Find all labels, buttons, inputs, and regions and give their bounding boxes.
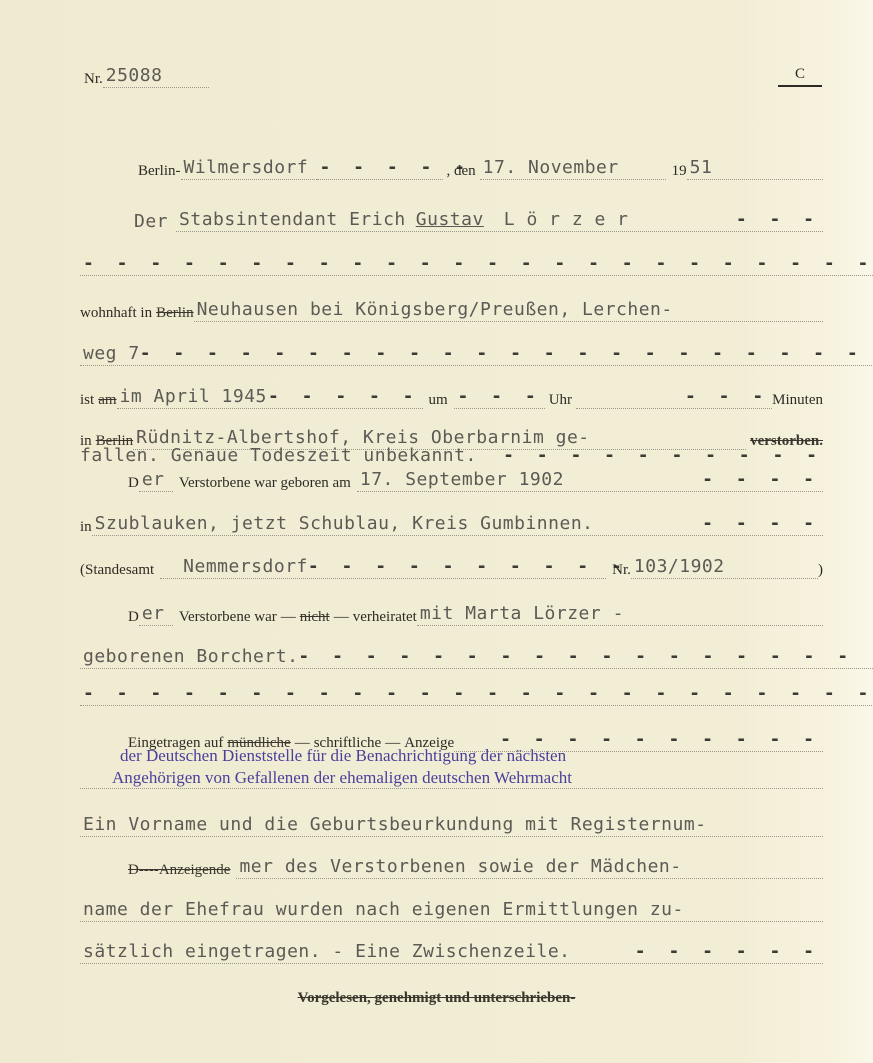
marriage-label: Verstorbene war (179, 609, 277, 626)
dash-filler: - - - - - - - - - - - - - - - - - - - - … (80, 253, 873, 276)
registry-field: Nemmersdorf - - - - - - - - - - (160, 556, 606, 579)
birth-label: Verstorbene war geboren am (179, 475, 351, 492)
residence-row-2: weg 7 - - - - - - - - - - - - - - - - - … (80, 340, 823, 366)
birth-place-dashes: - - - - (702, 513, 820, 534)
spouse-dashes: - - - - - - - - - - - - - - - - - - (298, 646, 873, 667)
minuten-label: Minuten (772, 392, 823, 409)
death-when-dashes: - - - - - (268, 386, 420, 407)
death-time-row: ist am im April 1945 - - - - - um - - - … (80, 383, 823, 409)
subject-title-name: Stabsintendant Erich (179, 209, 406, 230)
dash-filler-2: - - - - - - - - - - - - - - - - - - - - … (80, 683, 873, 706)
registry-number: 103/1902 (631, 556, 818, 579)
marriage-article-suffix: er (139, 603, 173, 626)
spouse-row-2: geborenen Borchert. - - - - - - - - - - … (80, 643, 823, 669)
ist-label: ist (80, 392, 94, 409)
year-suffix: 51 (687, 157, 823, 180)
dash-line-2: - - - - - - - - - - - - - - - - - - - - … (80, 680, 823, 706)
residence-value: Neuhausen bei Königsberg/Preußen, Lerche… (194, 299, 823, 322)
place-dashes: - - - - - (317, 157, 443, 180)
residence-field-2: weg 7 - - - - - - - - - - - - - - - - - … (80, 343, 873, 366)
year-prefix: 19 (672, 163, 687, 180)
subject-article: Der (134, 211, 168, 232)
subject-name-field: Stabsintendant Erich Gustav L ö r z e r … (176, 209, 823, 232)
birth-place: Szublauken, jetzt Schublau, Kreis Gumbin… (95, 513, 594, 534)
stamp-underline (80, 788, 823, 789)
nicht-struck: nicht (300, 609, 330, 626)
death-minutes: - - - (576, 386, 772, 409)
notes-row-2: D---- Anzeigende mer des Verstorbenen so… (128, 853, 823, 879)
registry-label: (Standesamt (80, 562, 154, 579)
subject-middle-name: Gustav (416, 209, 484, 230)
closing-struck: Vorgelesen, genehmigt und unterschrieben… (0, 990, 873, 1007)
death-continuation-dashes: - - - - - - - - - - (503, 445, 823, 466)
birth-date-row: D er Verstorbene war geboren am 17. Sept… (128, 466, 823, 492)
registry-close: ) (818, 562, 823, 579)
birth-in-label: in (80, 519, 92, 536)
spouse-maiden: geborenen Borchert. (83, 646, 298, 667)
spouse-field-2: geborenen Borchert. - - - - - - - - - - … (80, 646, 873, 669)
anzeigende-struck: Anzeigende (159, 862, 231, 879)
date-value: 17. November (480, 157, 666, 180)
authority-stamp-line-2: Angehörigen von Gefallenen der ehemalige… (112, 768, 572, 788)
subject-surname: L ö r z e r (504, 209, 629, 230)
marriage-prefix: D (128, 609, 139, 626)
notes-field-4: sätzlich eingetragen. - Eine Zwischenzei… (80, 941, 823, 964)
place-value: Wilmersdorf (181, 157, 317, 180)
death-continuation-row: fallen. Genaue Todeszeit unbekannt. - - … (80, 440, 823, 466)
record-number: 25088 (103, 65, 209, 88)
form-code: C (778, 66, 822, 87)
registry-row: (Standesamt Nemmersdorf - - - - - - - - … (80, 553, 823, 579)
residence-row: wohnhaft in Berlin Neuhausen bei Königsb… (80, 296, 823, 322)
notes-row-4: sätzlich eingetragen. - Eine Zwischenzei… (80, 938, 823, 964)
birth-date-dashes: - - - - (702, 469, 820, 490)
notes-dashes: - - - - - - (635, 941, 820, 962)
birth-place-row: in Szublauken, jetzt Schublau, Kreis Gum… (80, 510, 823, 536)
authority-stamp-line-1: der Deutschen Dienststelle für die Benac… (120, 746, 566, 766)
place-prefix: Berlin- (138, 163, 181, 180)
am-struck: am (98, 392, 116, 409)
notes-line-2: mer des Verstorbenen sowie der Mädchen- (236, 856, 823, 879)
den-label: , den (447, 163, 476, 180)
place-date-row: Berlin- Wilmersdorf - - - - - , den 17. … (138, 154, 823, 180)
death-when-field: im April 1945 - - - - - (117, 386, 423, 409)
death-hour: - - - (454, 386, 545, 409)
birth-date: 17. September 1902 (360, 469, 564, 490)
uhr-label: Uhr (549, 392, 572, 409)
subject-row: Der Stabsintendant Erich Gustav L ö r z … (134, 206, 823, 232)
dash-line-1: - - - - - - - - - - - - - - - - - - - - … (80, 250, 823, 276)
notes-row-3: name der Ehefrau wurden nach eigenen Erm… (80, 896, 823, 922)
residence-label: wohnhaft in (80, 305, 152, 322)
registry-office: Nemmersdorf (183, 556, 308, 577)
spouse: mit Marta Lörzer - (417, 603, 823, 626)
death-when: im April 1945 (120, 386, 267, 407)
birth-article-suffix: er (139, 469, 173, 492)
um-label: um (429, 392, 448, 409)
registry-nr-label: Nr. (612, 562, 631, 579)
marriage-dash-1: — (281, 609, 296, 626)
birth-place-field: Szublauken, jetzt Schublau, Kreis Gumbin… (92, 513, 823, 536)
registry-dashes: - - - - - - - - - - (308, 556, 628, 577)
record-number-row: Nr. 25088 (84, 62, 209, 88)
residence-dashes: - - - - - - - - - - - - - - - - - - - - … (140, 343, 873, 364)
subject-dashes: - - - (736, 209, 820, 230)
death-continuation: fallen. Genaue Todeszeit unbekannt. (80, 445, 477, 466)
notes-line-1: Ein Vorname und die Geburtsbeurkundung m… (80, 814, 823, 837)
marriage-row: D er Verstorbene war — nicht — verheirat… (128, 600, 823, 626)
birth-prefix: D (128, 475, 139, 492)
married-label: verheiratet (353, 609, 417, 626)
notes-line-4: sätzlich eingetragen. - Eine Zwischenzei… (83, 941, 571, 962)
marriage-dash-2: — (334, 609, 349, 626)
residence-struck: Berlin (156, 305, 194, 322)
notes-line-3: name der Ehefrau wurden nach eigenen Erm… (80, 899, 823, 922)
birth-date-field: 17. September 1902 - - - - (357, 469, 823, 492)
notes-row-1: Ein Vorname und die Geburtsbeurkundung m… (80, 811, 823, 837)
number-label: Nr. (84, 71, 103, 88)
struck-prefix: D---- (128, 862, 159, 879)
residence-value-2: weg 7 (83, 343, 140, 364)
